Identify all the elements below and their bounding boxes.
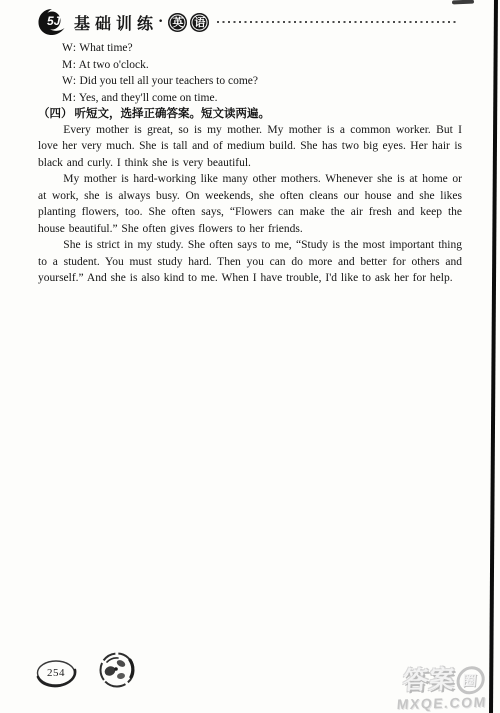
dialogue-text: Yes, and they'll come on time.	[79, 92, 218, 104]
brand-swoosh-icon: 5J	[36, 7, 70, 37]
ink-stamp-icon	[97, 650, 137, 690]
watermark-cjk-text: 答案	[402, 666, 456, 695]
subject-badge-first: 英	[168, 13, 187, 32]
page-number-badge: 254	[35, 655, 85, 695]
dialogue-line: W: What time?	[62, 40, 460, 57]
scan-corner-smudge	[452, 0, 474, 4]
speaker-label: M:	[62, 92, 76, 104]
series-title: 基础训练	[74, 11, 158, 34]
subject-badge-second: 语	[190, 13, 209, 32]
section-instruction: 听短文，选择正确答案。短文读两遍。	[75, 108, 271, 120]
passage-paragraph: She is strict in my study. She often say…	[38, 237, 462, 286]
watermark-cjk: 答案圈	[387, 665, 500, 697]
section-number: （四）	[38, 108, 73, 120]
dialogue-line: M: At two o'clock.	[62, 57, 460, 74]
watermark-site-url: MXQE.COM	[386, 694, 498, 713]
speaker-label: M:	[62, 59, 76, 71]
scanned-textbook-page: 5J 基础训练 · 英 语 W: What time? M: At two o'…	[0, 0, 500, 713]
title-separator: ·	[158, 13, 163, 31]
passage-block: Every mother is great, so is my mother. …	[38, 122, 462, 287]
speaker-label: W:	[62, 75, 77, 87]
dialogue-block: W: What time? M: At two o'clock. W: Did …	[62, 40, 460, 106]
dialogue-text: Did you tell all your teachers to come?	[80, 75, 259, 87]
dialogue-text: What time?	[79, 42, 132, 54]
brand-logo-text: 5J	[47, 14, 61, 28]
passage-paragraph: My mother is hard-working like many othe…	[38, 171, 462, 237]
page-header: 5J 基础训练 · 英 语	[36, 6, 456, 38]
page-number: 254	[35, 667, 77, 679]
dialogue-line: W: Did you tell all your teachers to com…	[62, 73, 460, 90]
dialogue-text: At two o'clock.	[79, 59, 149, 71]
dotted-rule	[217, 21, 456, 23]
section-heading: （四）听短文，选择正确答案。短文读两遍。	[38, 106, 460, 123]
watermark-circle-logo: 圈	[455, 666, 485, 695]
answer-site-watermark: 答案圈 MXQE.COM	[386, 665, 500, 713]
passage-paragraph: Every mother is great, so is my mother. …	[38, 122, 462, 171]
dialogue-line: M: Yes, and they'll come on time.	[62, 90, 460, 107]
scan-edge-line	[489, 0, 498, 713]
speaker-label: W:	[62, 42, 77, 54]
